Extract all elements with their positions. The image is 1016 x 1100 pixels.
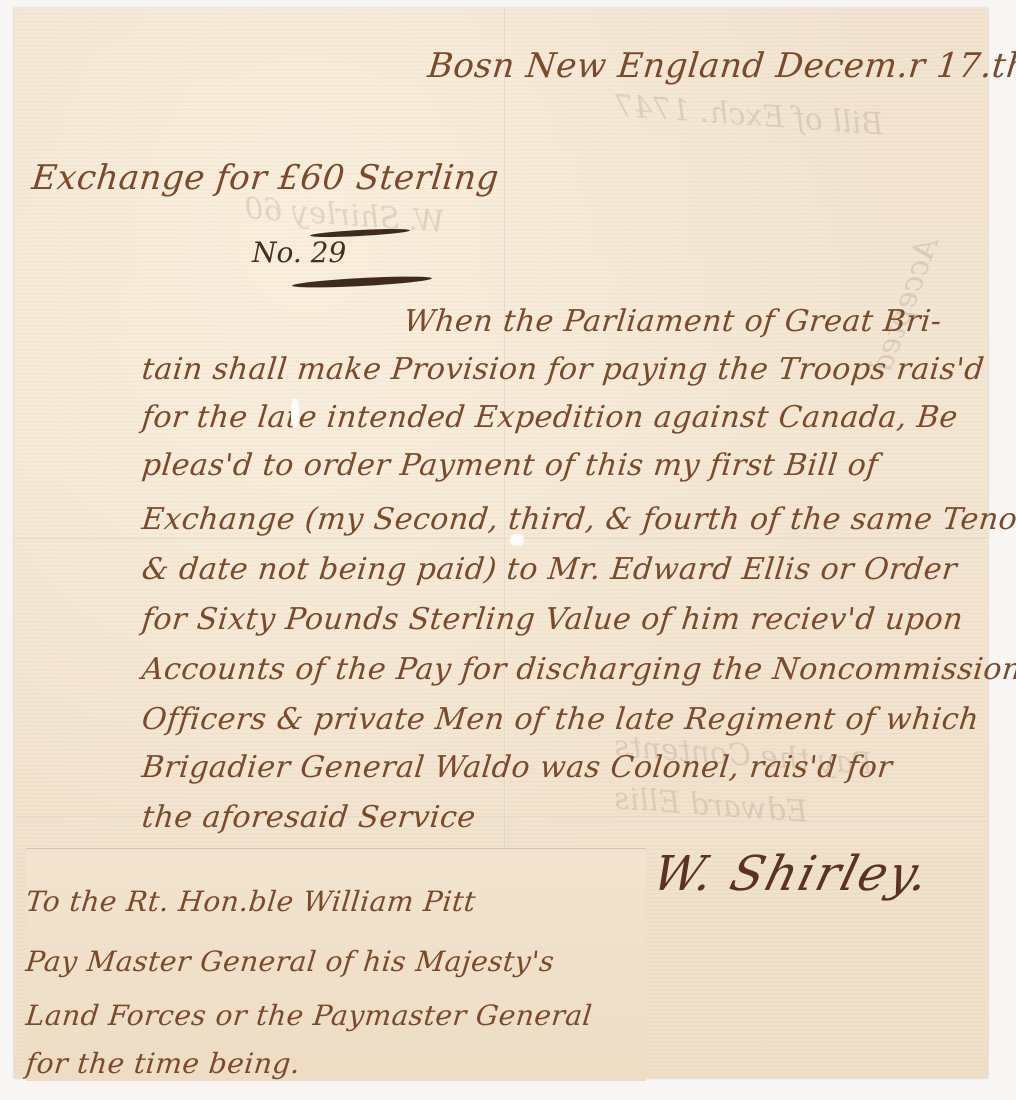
body-line: pleas'd to order Payment of this my firs… <box>140 448 880 483</box>
address-line: Land Forces or the Paymaster General <box>24 999 594 1032</box>
body-line: the aforesaid Service <box>140 800 477 835</box>
number-flourish-bottom <box>292 274 432 289</box>
address-line: To the Rt. Hon.ble William Pitt <box>24 885 477 918</box>
body-line: tain shall make Provision for paying the… <box>140 352 986 387</box>
address-line: Pay Master General of his Majesty's <box>24 945 556 978</box>
address-flap: To the Rt. Hon.ble William Pitt Pay Mast… <box>26 848 646 1081</box>
bleed-through-text: Bill of Exch. 1747 <box>613 89 884 143</box>
place-date-heading: Bosn New England Decem.r 17.th 1747 <box>426 46 1016 86</box>
bill-number: No. 29 <box>252 236 346 269</box>
paper-hole <box>510 534 524 546</box>
bleed-through-text: Edward Ellis <box>613 781 809 829</box>
body-line: & date not being paid) to Mr. Edward Ell… <box>140 552 959 587</box>
body-line: for the late intended Expedition against… <box>140 400 959 435</box>
body-line: Accounts of the Pay for discharging the … <box>140 652 1016 687</box>
body-line: Officers & private Men of the late Regim… <box>140 702 981 737</box>
signature: W. Shirley. <box>647 846 936 902</box>
body-line: Brigadier General Waldo was Colonel, rai… <box>140 750 894 785</box>
address-line: for the time being. <box>24 1047 302 1080</box>
body-line: Exchange (my Second, third, & fourth of … <box>140 502 1016 537</box>
exchange-amount-line: Exchange for £60 Sterling <box>30 158 501 198</box>
body-line: When the Parliament of Great Bri- <box>402 304 943 339</box>
paper-hole <box>291 398 299 428</box>
horizontal-fold-crease <box>14 538 988 540</box>
body-line: for Sixty Pounds Sterling Value of him r… <box>140 602 965 637</box>
